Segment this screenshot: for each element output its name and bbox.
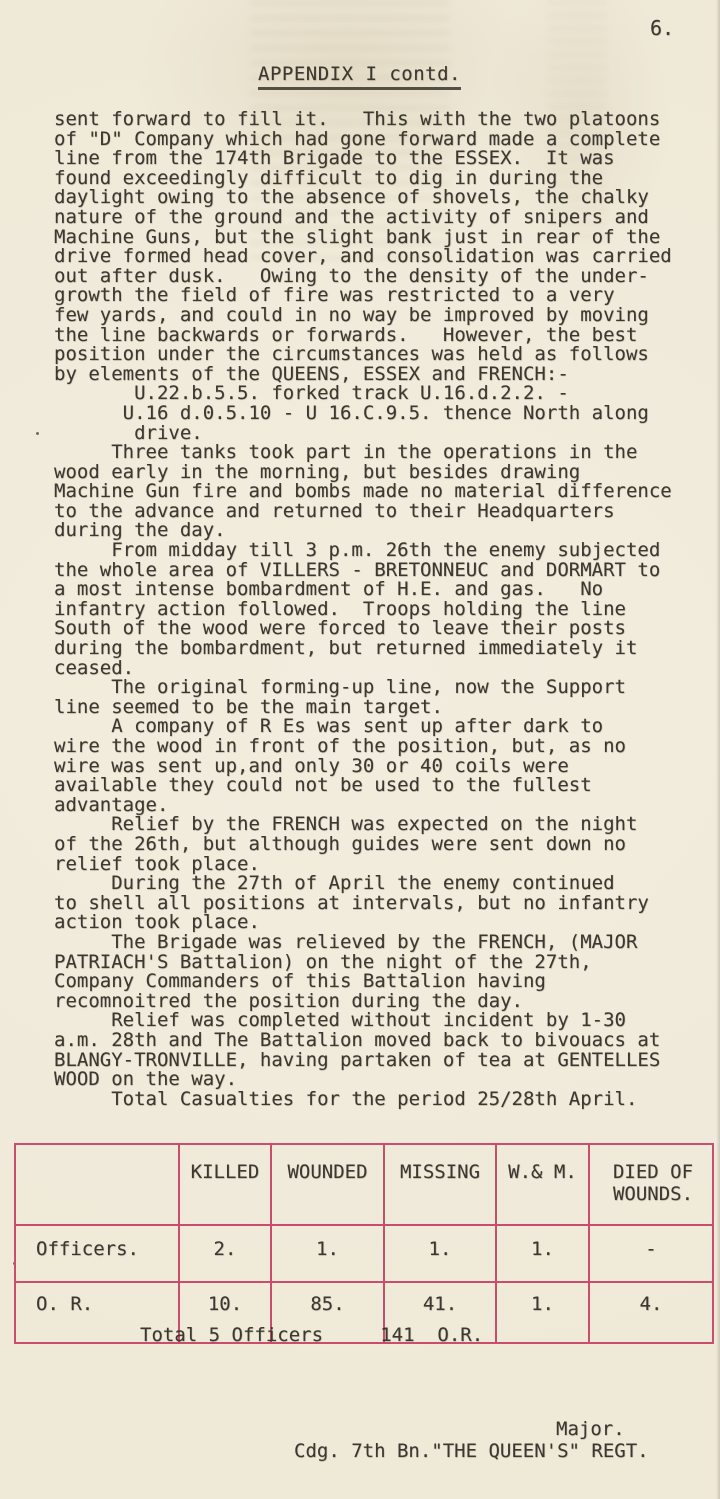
casualty-totals: Total 5 Officers 141 O.R.: [140, 1324, 483, 1346]
officers-w-and-m: 1.: [496, 1225, 589, 1282]
officers-killed: 2.: [179, 1225, 271, 1282]
officers-wounded: 1.: [271, 1225, 384, 1282]
header-cell-blank: [15, 1144, 179, 1225]
officers-died-of-wounds: -: [589, 1225, 713, 1282]
casualty-table-header-row: KILLED WOUNDED MISSING W.& M. DIED OF WO…: [15, 1144, 713, 1225]
header-cell-died-of-wounds: DIED OF WOUNDS.: [589, 1144, 713, 1225]
scanned-document-page: 6. APPENDIX I contd. sent forward to fil…: [0, 0, 720, 1499]
signature-rank: Major.: [556, 1418, 625, 1440]
scan-edge: [716, 0, 720, 1499]
casualty-table: KILLED WOUNDED MISSING W.& M. DIED OF WO…: [14, 1143, 714, 1344]
ink-speck: [36, 432, 39, 435]
header-cell-w-and-m: W.& M.: [496, 1144, 589, 1225]
casualty-row-officers: Officers. 2. 1. 1. 1. -: [15, 1225, 713, 1282]
header-cell-killed: KILLED: [179, 1144, 271, 1225]
officers-missing: 1.: [384, 1225, 496, 1282]
signature-unit: Cdg. 7th Bn."THE QUEEN'S" REGT.: [294, 1440, 649, 1462]
appendix-heading: APPENDIX I contd.: [258, 63, 461, 90]
or-died-of-wounds: 4.: [589, 1282, 713, 1343]
page-number: 6.: [650, 16, 674, 40]
header-cell-wounded: WOUNDED: [271, 1144, 384, 1225]
or-w-and-m: 1.: [496, 1282, 589, 1343]
header-cell-missing: MISSING: [384, 1144, 496, 1225]
body-text: sent forward to fill it. This with the t…: [54, 110, 672, 1109]
row-label-officers: Officers.: [15, 1225, 179, 1282]
